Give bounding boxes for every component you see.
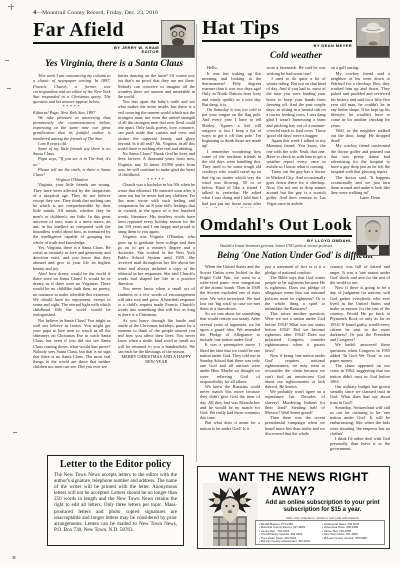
paragraph: Now if being 'one nation under God' requ… xyxy=(265,353,325,389)
paragraph-group: When the United States and the Soviet Un… xyxy=(200,264,260,431)
far-afield-byline: BY JERRY W. KRAM EDITOR xyxy=(33,46,159,56)
byline-name: BY LLOYD OMDAHL xyxy=(307,238,352,243)
hat-tips-header: Hat Tips BY DEAN MEYER xyxy=(202,18,390,48)
paragraph: fairies dancing on the lawn? Of course n… xyxy=(118,73,196,99)
far-afield-col2: fairies dancing on the lawn? Of course n… xyxy=(118,73,196,451)
paragraph: Some of my little friends say there is n… xyxy=(33,146,111,156)
paragraph-group: fairies dancing on the lawn? Of course n… xyxy=(118,73,196,177)
paragraph: wore a facemask. He said he was wishing … xyxy=(266,65,325,75)
column-signoff: Later, Dean xyxy=(331,195,390,200)
paragraph: country was full of hatred and anger. It… xyxy=(330,264,390,285)
paragraph: Now if there is going to be a day of jud… xyxy=(330,285,390,342)
paragraph: Church was a bachelor in his 50s when he… xyxy=(118,182,196,234)
paragraph: We hadn't answered these questions when … xyxy=(330,342,390,363)
paragraph: I used to do quite a lot of winter ridin… xyxy=(266,76,325,138)
omdahl-byline: BY LLOYD OMDAHL xyxy=(200,239,352,244)
closing-greeting: MERRY CHRISTMAS AND A HAPPY NEW YEAR xyxy=(118,354,196,364)
paper-list-left: Beulah Beacon, 873-4381Mountrail County … xyxy=(259,523,318,543)
paragraph: I think I'd rather deal with God persona… xyxy=(330,436,390,452)
paper-list-right: Underwood News, 442-5134Velva Area Voice… xyxy=(322,523,381,543)
paragraph: You never know when a small act of kindn… xyxy=(118,286,196,317)
byline-name: BY DEAN MEYER xyxy=(314,43,352,48)
paragraph: But what does it mean for a nation to be… xyxy=(200,420,260,430)
paragraph: As you hurry through the hustle and bust… xyxy=(118,318,196,354)
paragraph-group: wore a facemask. He said he was wishing … xyxy=(266,65,325,205)
virginia-letter: I am 8 years old.Some of my little frien… xyxy=(33,141,111,177)
paragraph: Then there was the recent presidential c… xyxy=(265,415,325,436)
byline-role: EDITOR xyxy=(142,49,159,54)
paragraph: On Saturday it was too cold to put your … xyxy=(202,107,261,149)
omdahl-col3: country was full of hatred and anger. It… xyxy=(330,264,390,452)
omdahl-col1: When the United States and the Soviet Un… xyxy=(200,264,260,452)
omdahl-credit: Omdahl a former lieutenant governor, for… xyxy=(200,244,352,248)
letter-policy-title: Letter to the Editor policy xyxy=(54,459,177,470)
jerry-kram-photo xyxy=(161,20,195,58)
paragraph: McLean County Independent, 463-2201 xyxy=(259,540,318,544)
paragraph: Our military budget has grown steadily s… xyxy=(330,384,390,405)
paragraph-group: country was full of hatred and anger. It… xyxy=(330,264,390,451)
paragraph-group: just a statement of fact or is it a pled… xyxy=(265,264,325,436)
paragraph: When the United States and the Soviet Un… xyxy=(200,264,260,311)
section-divider xyxy=(196,24,197,462)
letter-policy-body: The New Town News accepts letters to the… xyxy=(54,472,177,533)
paragraph: The doctor said, 'It happens occasionall… xyxy=(331,175,390,196)
paragraph: Well, as the neighbor walked out the doo… xyxy=(331,128,390,144)
hat-tips-col1: Hello,It was fun waking up this morning … xyxy=(202,65,261,208)
far-afield-body: This week I am outsourcing my column to … xyxy=(33,73,195,451)
paragraph: Papa says, "If you see it in The Sun, it… xyxy=(33,156,111,166)
intro-paragraph: This week I am outsourcing my column to … xyxy=(33,73,111,104)
paragraph: We take pleasure in answering thus promi… xyxy=(33,115,111,141)
paragraph: Virginia was Virginia O'Hanlon, who grew… xyxy=(118,234,196,286)
paragraph: Turns out the guy has a doctor in Watfor… xyxy=(266,169,325,205)
masthead-text: —Mountrail County Record, Friday, Dec. 2… xyxy=(36,10,158,16)
newspaper-page: 4—Mountrail County Record, Friday, Dec. … xyxy=(0,0,400,567)
newspaper-phone-list: Beulah Beacon, 873-4381Mountrail County … xyxy=(255,520,385,545)
paragraph: The Bible says that God wants people to … xyxy=(265,275,325,311)
letter-policy-box: Letter to the Editor policy The New Town… xyxy=(47,455,184,546)
paragraph: Alas! how dreary would be the world if t… xyxy=(33,271,111,318)
hat-tips-col3: on a golf outing.My cowboy friend said a… xyxy=(331,65,390,208)
hat-tips-col2: wore a facemask. He said he was wishing … xyxy=(266,65,325,208)
paragraph: It was a preemptive move. I liked the id… xyxy=(200,342,260,384)
paragraph: Again this week I talked to my Montana f… xyxy=(266,138,325,169)
paragraph: So we cast about for something that woul… xyxy=(200,311,260,342)
paragraph: No Santa Claus? Thank God he lives and l… xyxy=(118,151,196,177)
omdahl-header: Omdahl's Out Look BY LLOYD OMDAHL Omdahl… xyxy=(200,216,390,248)
paragraph: Please tell me the truth, is there a San… xyxy=(33,167,111,177)
yes-virginia-headline: Yes Virginia, there is a Santa Claus xyxy=(33,59,195,69)
paragraph-group: We take pleasure in answering thus promi… xyxy=(33,115,111,141)
paragraph: This raises another question: Were we no… xyxy=(265,311,325,353)
paragraph: You tear apart the baby's rattle and see… xyxy=(118,99,196,151)
dean-meyer-photo xyxy=(356,18,390,58)
lloyd-omdahl-photo xyxy=(356,216,390,256)
masthead: 4—Mountrail County Record, Friday, Dec. … xyxy=(33,9,158,16)
paragraph: Virginia, your little friends are wrong.… xyxy=(33,182,111,244)
article-far-afield: Far Afield BY JERRY W. KRAM EDITOR Yes V… xyxy=(33,20,195,451)
paragraph-group: Virginia, your little friends are wrong.… xyxy=(33,182,111,369)
paragraph: just a statement of fact or is it a pled… xyxy=(265,264,325,274)
omdahl-body: When the United States and the Soviet Un… xyxy=(200,264,390,452)
paragraph: Someday, Switzerland will call us out fo… xyxy=(330,405,390,436)
ad-offer-text: Add an online subscription to your print… xyxy=(260,500,385,514)
paragraph: The claim appeared on our coins in 1864,… xyxy=(330,363,390,384)
paragraph-group: on a golf outing.My cowboy friend said a… xyxy=(331,65,390,195)
paragraph-group: Church was a bachelor in his 50s when he… xyxy=(118,182,196,354)
far-afield-header: Far Afield BY JERRY W. KRAM EDITOR xyxy=(33,20,195,55)
registration-mark xyxy=(7,88,11,89)
far-afield-col1: This week I am outsourcing my column to … xyxy=(33,73,111,451)
article-omdahl: Omdahl's Out Look BY LLOYD OMDAHL Omdahl… xyxy=(200,216,390,452)
paragraph: We knew the Russians could never match t… xyxy=(200,384,260,420)
paragraph: We probably won't agree on a repentance … xyxy=(265,389,325,415)
paragraph: Not believe in Santa Claus! You might as… xyxy=(33,318,111,370)
registration-mark xyxy=(5,60,9,61)
hat-tips-body: Hello,It was fun waking up this morning … xyxy=(202,65,390,208)
hat-tips-byline: BY DEAN MEYER xyxy=(202,44,352,49)
surprised-person-photo xyxy=(203,483,258,546)
paragraph: My cowboy friend confronted the doctor g… xyxy=(331,143,390,174)
registration-mark xyxy=(13,432,17,433)
article-hat-tips: Hat Tips BY DEAN MEYER Cold weather Hell… xyxy=(202,18,390,208)
paragraph: McLean County Journal, 780-5480 xyxy=(322,537,381,541)
paragraph: I remember wondering how some of the nor… xyxy=(202,149,261,209)
registration-mark xyxy=(11,4,12,10)
ad-fine-print: Offer only available to current or new p… xyxy=(260,516,385,520)
paragraph: It was fun waking up this morning and lo… xyxy=(202,71,261,107)
paragraph: My cowboy friend said a neighbor of his … xyxy=(331,71,390,128)
paragraph-group: Hello,It was fun waking up this morning … xyxy=(202,65,261,208)
paragraph: Yes, Virginia, there is a Santa Claus. H… xyxy=(33,245,111,271)
subscription-ad: WANT THE NEWS RIGHT AWAY? Add an online … xyxy=(197,466,390,549)
omdahl-col2: just a statement of fact or is it a pled… xyxy=(265,264,325,452)
